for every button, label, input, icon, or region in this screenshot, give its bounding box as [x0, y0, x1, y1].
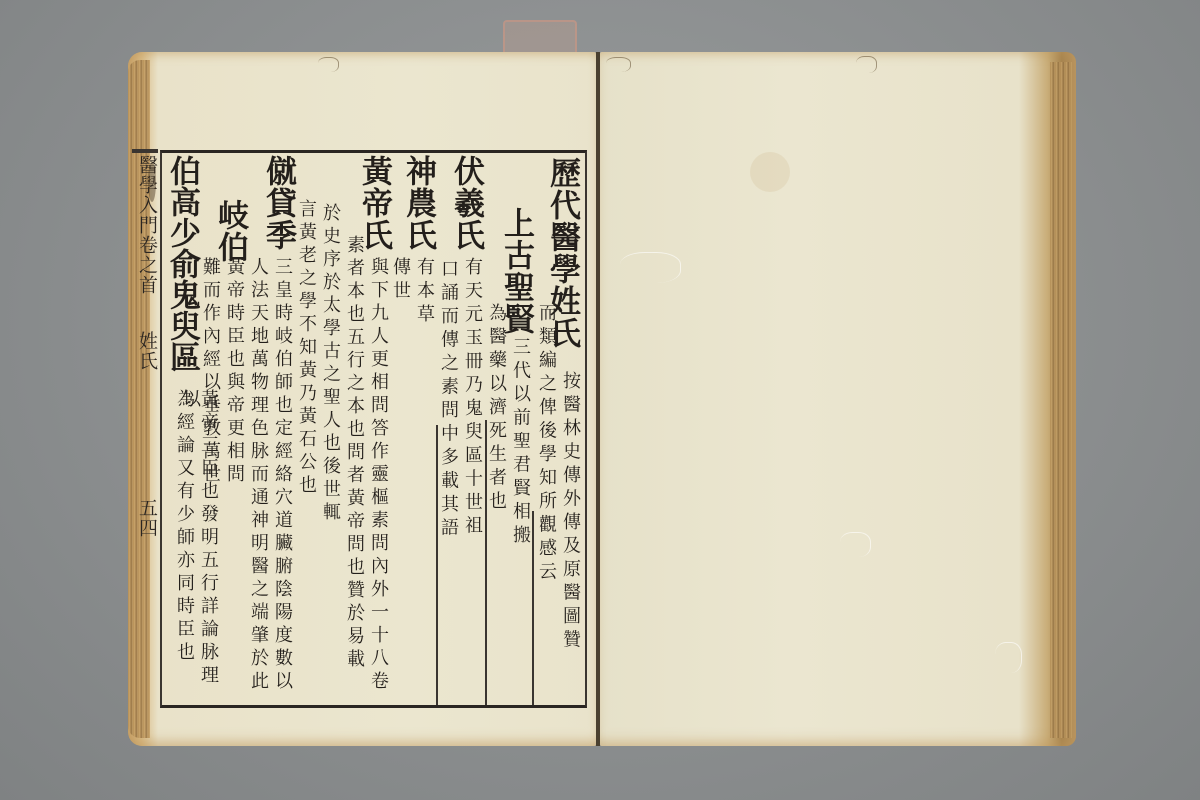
spine-section: 姓氏 [134, 331, 156, 371]
entry-heading-bogao: 伯高少俞鬼臾區 [166, 155, 197, 372]
fuxi-line-2: 口誦而傳之素問中多載其語 [439, 259, 457, 541]
daijili-line-2: 人法天地萬物理色脉而通神明醫之端肇於此 [249, 257, 267, 694]
huangdi-line-4: 言黃老之學不知黃乃黃石公也 [297, 199, 315, 498]
paper-damage [840, 532, 871, 557]
daijili-line-1: 三皇時岐伯師也定經絡穴道臟腑陰陽度數以 [273, 257, 291, 694]
paper-damage [318, 57, 339, 72]
column-rule [532, 511, 534, 705]
shennong-line-2: 傳世 [391, 257, 409, 304]
intro-line-1: 按醫林史傳外傳及原醫圖贊 [561, 371, 579, 653]
bogao-line-2: 為經論又有少師亦同時臣也 [175, 389, 193, 665]
text-frame: 醫學入門卷之首 姓氏 五四 歷代醫學姓氏 按醫林史傳外傳及原醫圖贊 而類編之俾後… [160, 150, 587, 708]
open-book: 醫學入門卷之首 姓氏 五四 歷代醫學姓氏 按醫林史傳外傳及原醫圖贊 而類編之俾後… [128, 52, 1076, 746]
paper-damage [620, 252, 681, 283]
qibo-line-1: 黃帝時臣也與帝更相問 [225, 257, 243, 487]
shennong-line-1: 有本草 [415, 257, 433, 328]
huangdi-line-1: 與下九人更相問答作靈樞素問內外一十八卷 [369, 257, 387, 694]
entry-heading-daijili: 僦貸季 [262, 155, 293, 251]
entry-heading-fuxi: 伏羲氏 [450, 155, 481, 251]
section-line-2: 為醫藥以濟死生者也 [487, 303, 505, 515]
right-page-edge [1050, 62, 1072, 738]
entry-heading-qibo: 岐伯 [214, 199, 245, 263]
huangdi-line-2: 素者本也五行之本也問者黃帝問也贊於易載 [345, 235, 363, 672]
paper-damage [995, 642, 1022, 673]
right-page-blank [600, 52, 1076, 746]
section-line-1: 三代以前聖君賢相搬 [511, 337, 529, 549]
intro-line-2: 而類編之俾後學知所觀感云 [537, 303, 555, 585]
folio-number: 五四 [134, 498, 156, 538]
huangdi-line-3: 於史序於太學古之聖人也後世輒 [321, 203, 339, 525]
left-page: 醫學入門卷之首 姓氏 五四 歷代醫學姓氏 按醫林史傳外傳及原醫圖贊 而類編之俾後… [128, 52, 596, 746]
fuxi-line-1: 有天元玉冊乃鬼臾區十世祖 [463, 257, 481, 539]
entry-heading-shennong: 神農氏 [402, 155, 433, 251]
